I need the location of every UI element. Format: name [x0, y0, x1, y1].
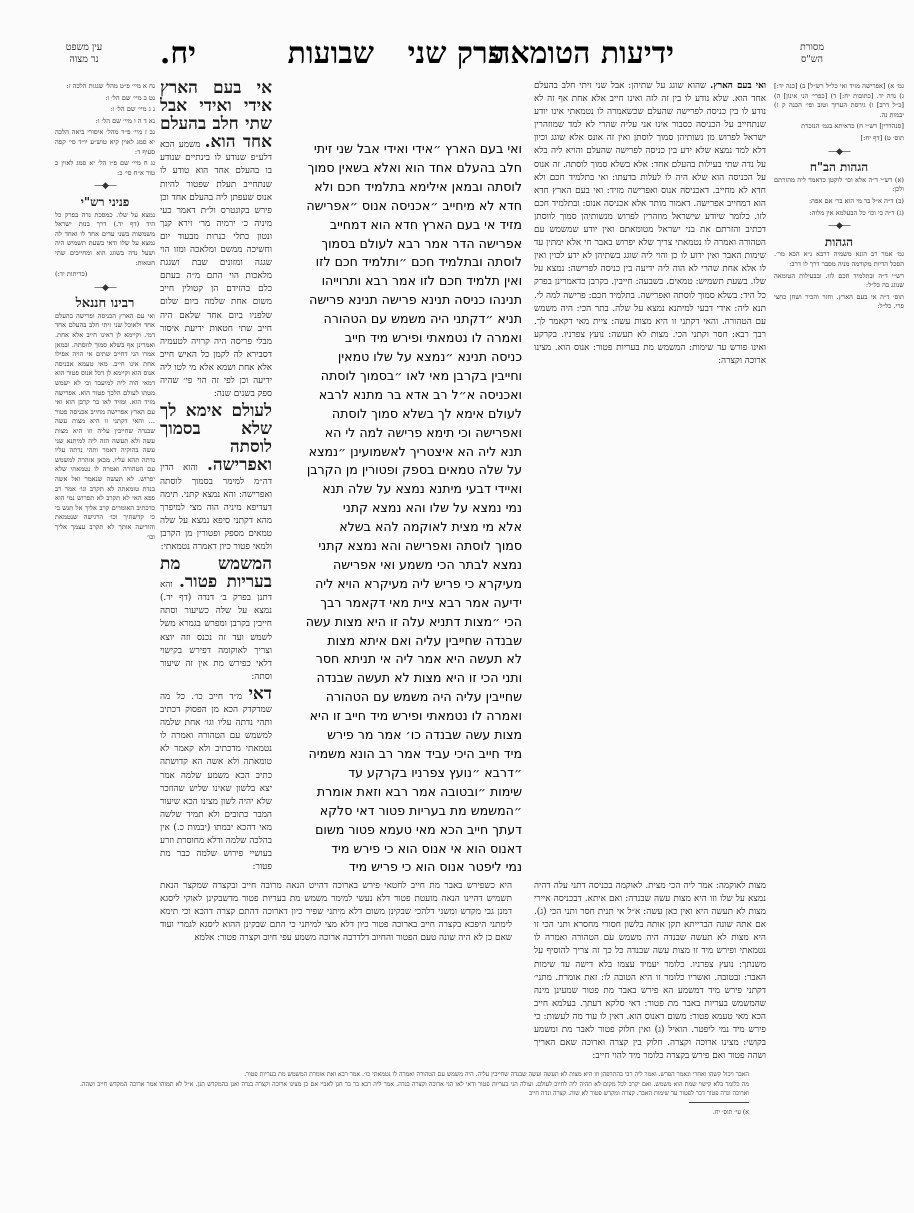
tosafot-commentary: אי בעם הארץ אידי ואידי אבל שתי חלב בהעלם…	[160, 80, 272, 875]
talmud-page: מסורת הש"ס ידיעות הטומאה פרק שני שבועות …	[0, 0, 914, 1213]
hagahot: הגהות גמ׳ אמר רב הונא משמיה דרבא נ״א הכא…	[774, 238, 904, 312]
footnote-rule	[689, 1102, 749, 1103]
hagahot-habach: הגהות הב"ח (א) רש״י ד״ה אלא וכו׳ לוקטן כ…	[774, 163, 904, 218]
ornament-divider: —◆—	[774, 148, 904, 158]
ornament-divider: —◆—	[55, 182, 155, 192]
chapter-number: פרק שני	[408, 38, 504, 70]
tosafot-continuation: היא כשפירש באבר מת חייב לחטאי פירש בארוכ…	[160, 880, 512, 1030]
footer-text: האבר ויכול קשהו ואחרי ונאמר הפרש. ואמר ל…	[80, 1070, 749, 1099]
masoret-hashas: גמ׳ א) [אפרישה מזיד ואי כל״ל רש״ל] ב) [כ…	[774, 82, 904, 144]
left-margin-column: נח א מיי׳ פ״ט מהל׳ שגגות הלכה ז: נט ב מי…	[55, 82, 155, 1082]
page-header: מסורת הש"ס ידיעות הטומאה פרק שני שבועות …	[0, 38, 914, 78]
tractate-name: שבועות	[288, 38, 374, 70]
left-margin-title: עין משפט נר מצוה	[44, 42, 124, 66]
gemara-main-text: ואי בעם הארץ ״אידי ואידי אבל שני זיתי חל…	[290, 140, 522, 880]
rabbeinu-chananel: רבינו חננאל ואי עם הארץ הכניסה ופרישה בה…	[55, 299, 155, 542]
ornament-divider: —◆—	[55, 284, 155, 294]
rashi-commentary: ואי בעם הארץ. שהוא שוגג על שתיהן: אבל שנ…	[534, 80, 766, 875]
folio-number: יח.	[160, 38, 196, 70]
right-margin-title: מסורת הש"ס	[782, 42, 842, 66]
footnote: א) עי׳ תוס׳ יח.	[713, 1108, 749, 1118]
ein-mishpat: נח א מיי׳ פ״ט מהל׳ שגגות הלכה ז: נט ב מי…	[55, 82, 155, 178]
right-margin-column: גמ׳ א) [אפרישה מזיד ואי כל״ל רש״ל] ב) [כ…	[774, 82, 904, 522]
chapter-name: ידיעות הטומאה	[493, 38, 674, 70]
rashi-continuation: מצות לאוקמה: אמר ליה הכי מצית. לאוקמה בכ…	[534, 880, 766, 1076]
pninei-rashi: פניני רש"י נמצא על שלו. כמסכת נדה בפרק כ…	[55, 198, 155, 280]
ornament-divider: —◆—	[774, 222, 904, 232]
